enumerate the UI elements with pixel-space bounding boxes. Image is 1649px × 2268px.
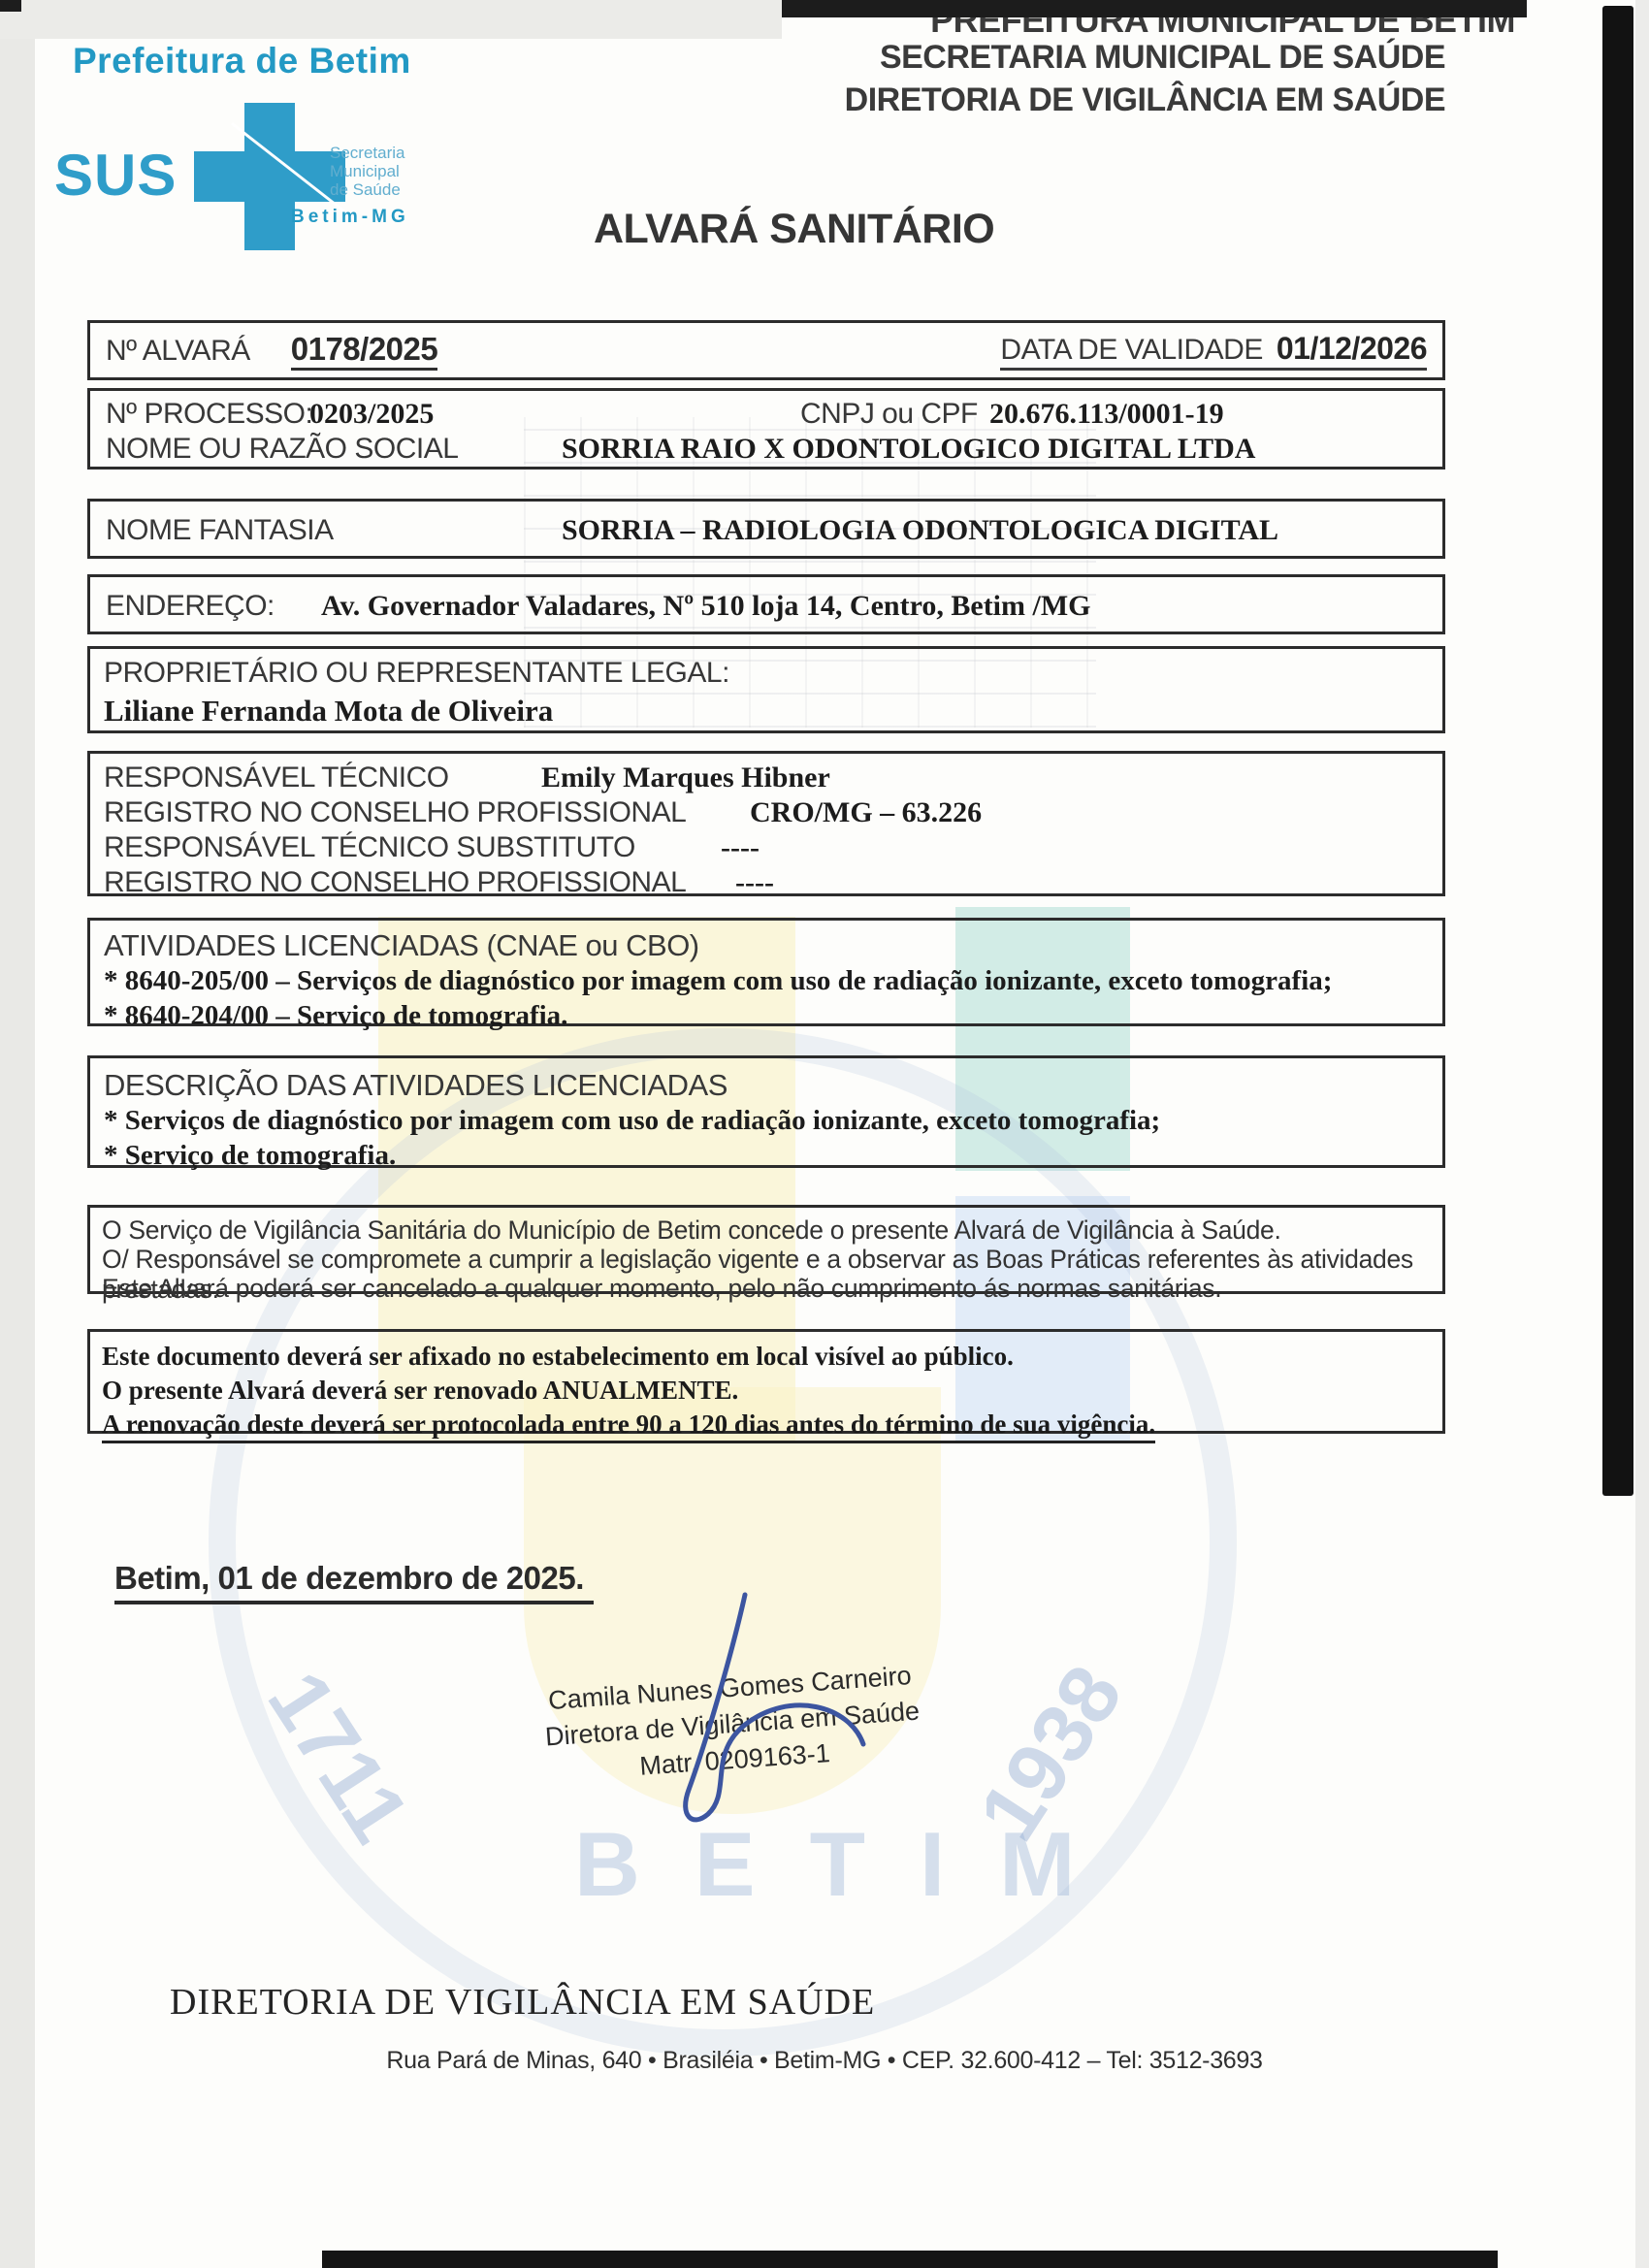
endereco-value: Av. Governador Valadares, Nº 510 loja 14… bbox=[321, 590, 1091, 623]
registro-conselho-label: REGISTRO NO CONSELHO PROFISSIONAL bbox=[104, 796, 686, 829]
scanner-edge-top bbox=[0, 0, 782, 39]
atividades-title: ATIVIDADES LICENCIADAS (CNAE ou CBO) bbox=[104, 928, 699, 963]
nome-fantasia-label: NOME FANTASIA bbox=[106, 514, 334, 547]
descricao-item: * Serviços de diagnóstico por imagem com… bbox=[104, 1105, 1160, 1137]
proprietario-box: PROPRIETÁRIO OU REPRESENTANTE LEGAL: Lil… bbox=[87, 646, 1445, 733]
atividades-box: ATIVIDADES LICENCIADAS (CNAE ou CBO) * 8… bbox=[87, 918, 1445, 1026]
alvara-number-value: 0178/2025 bbox=[291, 331, 438, 371]
processo-value: 0203/2025 bbox=[309, 398, 434, 431]
razao-social-value: SORRIA RAIO X ODONTOLOGICO DIGITAL LTDA bbox=[562, 433, 1255, 466]
resp-substituto-label: RESPONSÁVEL TÉCNICO SUBSTITUTO bbox=[104, 831, 635, 864]
descricao-item: * Serviço de tomografia. bbox=[104, 1140, 396, 1172]
responsavel-tecnico-box: RESPONSÁVEL TÉCNICO Emily Marques Hibner… bbox=[87, 751, 1445, 896]
resp-tecnico-label: RESPONSÁVEL TÉCNICO bbox=[104, 761, 449, 794]
concessao-line: O Serviço de Vigilância Sanitária do Mun… bbox=[102, 1215, 1281, 1246]
issue-date-line: Betim, 01 de dezembro de 2025. bbox=[114, 1560, 594, 1604]
registro-conselho2-value: ---- bbox=[735, 866, 774, 899]
nome-fantasia-value: SORRIA – RADIOLOGIA ODONTOLOGICA DIGITAL bbox=[562, 514, 1278, 547]
aviso-line-renovacao: A renovação deste deverá ser protocolada… bbox=[102, 1409, 1155, 1443]
validade-label: DATA DE VALIDADE bbox=[1000, 334, 1262, 367]
footer-address: Rua Pará de Minas, 640 • Brasiléia • Bet… bbox=[0, 2047, 1649, 2075]
scan-artifact-bottom-bar bbox=[322, 2251, 1498, 2268]
avisos-box: Este documento deverá ser afixado no est… bbox=[87, 1329, 1445, 1434]
alvara-number-label: Nº ALVARÁ bbox=[106, 335, 250, 368]
scan-artifact-top-band bbox=[782, 0, 1527, 17]
concessao-line: Este Alvará poderá ser cancelado a qualq… bbox=[102, 1274, 1221, 1304]
endereco-label: ENDEREÇO: bbox=[106, 590, 275, 623]
atividade-item: * 8640-205/00 – Serviços de diagnóstico … bbox=[104, 965, 1332, 997]
descricao-title: DESCRIÇÃO DAS ATIVIDADES LICENCIADAS bbox=[104, 1068, 727, 1103]
razao-social-label: NOME OU RAZÃO SOCIAL bbox=[106, 433, 458, 466]
sus-logo-text: SUS bbox=[54, 142, 177, 209]
resp-tecnico-value: Emily Marques Hibner bbox=[541, 761, 830, 794]
scan-artifact-right-bar bbox=[1602, 6, 1633, 1496]
processo-box: Nº PROCESSO: 0203/2025 CNPJ ou CPF 20.67… bbox=[87, 388, 1445, 470]
concessao-box: O Serviço de Vigilância Sanitária do Mun… bbox=[87, 1205, 1445, 1294]
scan-artifact-corner bbox=[0, 0, 21, 12]
document-title: ALVARÁ SANITÁRIO bbox=[594, 206, 994, 253]
cnpj-label: CNPJ ou CPF bbox=[800, 398, 978, 431]
aviso-line: Este documento deverá ser afixado no est… bbox=[102, 1342, 1014, 1372]
resp-substituto-value: ---- bbox=[721, 831, 760, 864]
validade-value: 01/12/2026 bbox=[1277, 331, 1427, 367]
nome-fantasia-box: NOME FANTASIA SORRIA – RADIOLOGIA ODONTO… bbox=[87, 499, 1445, 559]
processo-label: Nº PROCESSO: bbox=[106, 398, 312, 431]
handwritten-signature bbox=[599, 1591, 890, 1833]
header-line-secretaria: SECRETARIA MUNICIPAL DE SAÚDE bbox=[582, 39, 1445, 77]
scanner-edge-right bbox=[1635, 0, 1649, 2268]
registro-conselho2-label: REGISTRO NO CONSELHO PROFISSIONAL bbox=[104, 866, 686, 899]
header-line-diretoria: DIRETORIA DE VIGILÂNCIA EM SAÚDE bbox=[582, 81, 1445, 119]
scanned-document: 1711 1938 BETIM Prefeitura de Betim SUS … bbox=[0, 0, 1649, 2268]
scanner-edge-left bbox=[0, 0, 35, 2268]
cnpj-value: 20.676.113/0001-19 bbox=[989, 398, 1224, 431]
footer-organization: DIRETORIA DE VIGILÂNCIA EM SAÚDE bbox=[170, 1981, 875, 2024]
logo-prefeitura-de-betim: Prefeitura de Betim bbox=[73, 41, 411, 81]
logo-betim-mg: Betim-MG bbox=[291, 207, 409, 228]
registro-conselho-value: CRO/MG – 63.226 bbox=[750, 796, 982, 829]
endereco-box: ENDEREÇO: Av. Governador Valadares, Nº 5… bbox=[87, 574, 1445, 634]
alvara-number-box: Nº ALVARÁ 0178/2025 DATA DE VALIDADE 01/… bbox=[87, 320, 1445, 380]
descricao-box: DESCRIÇÃO DAS ATIVIDADES LICENCIADAS * S… bbox=[87, 1055, 1445, 1168]
logo-secretaria-caption: Secretaria Municipal de Saúde bbox=[330, 144, 404, 199]
proprietario-value: Liliane Fernanda Mota de Oliveira bbox=[104, 694, 553, 729]
aviso-line: O presente Alvará deverá ser renovado AN… bbox=[102, 1376, 738, 1406]
atividade-item: * 8640-204/00 – Serviço de tomografia. bbox=[104, 1000, 567, 1032]
proprietario-label: PROPRIETÁRIO OU REPRESENTANTE LEGAL: bbox=[104, 657, 729, 690]
